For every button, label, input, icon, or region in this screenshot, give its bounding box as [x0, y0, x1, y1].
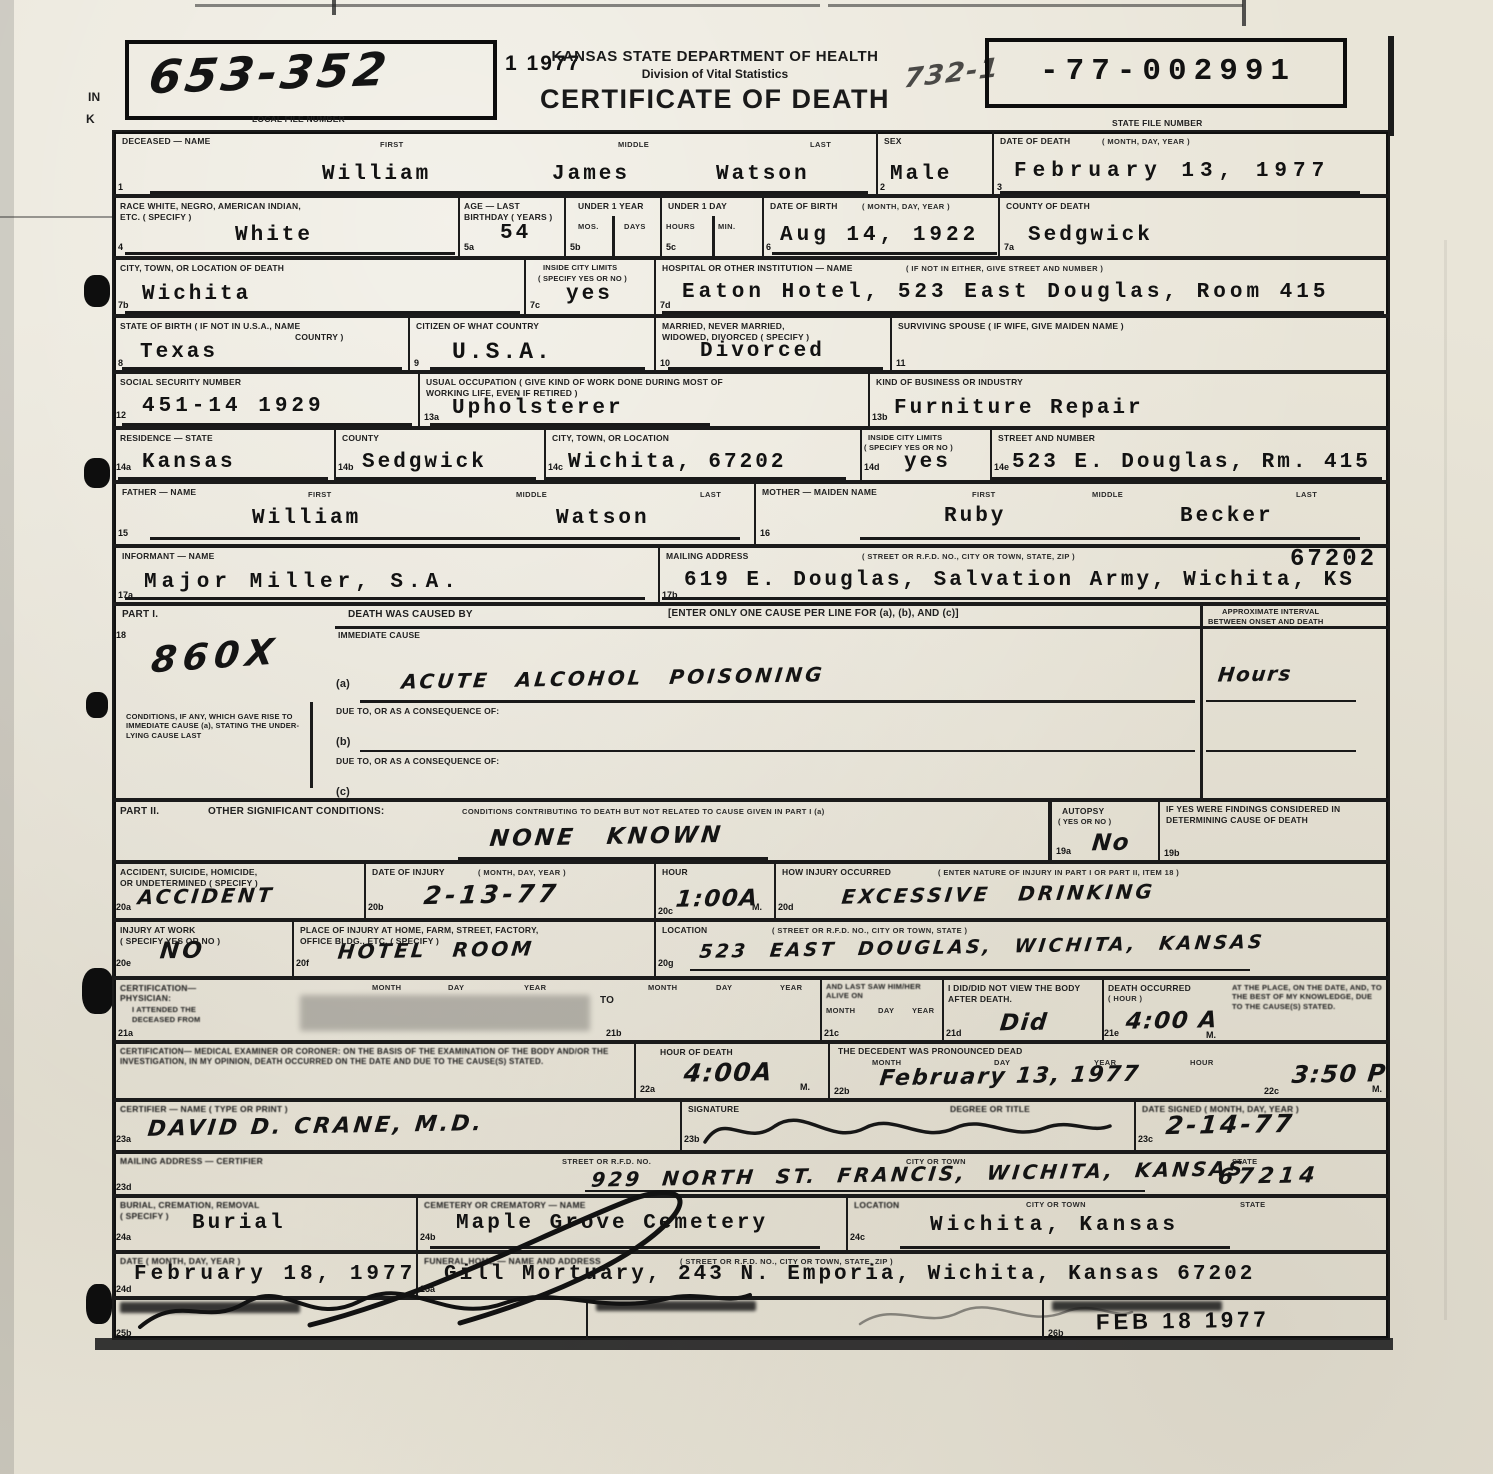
injury-location-label: LOCATION	[662, 925, 707, 936]
local-file-number: 653-352	[146, 42, 394, 104]
field-number: 15	[118, 528, 128, 538]
entry-underline	[458, 857, 768, 860]
field-number: 20c	[658, 906, 673, 916]
hour-of-injury-value: 1:00A	[675, 885, 760, 912]
city-sublabel: CITY OR TOWN	[1026, 1200, 1086, 1209]
residence-county-label: COUNTY	[342, 433, 379, 444]
industry-value: Furniture Repair	[894, 397, 1144, 420]
hour-sublabel: HOUR	[1190, 1058, 1214, 1067]
inside-city-limits-label: INSIDE CITY LIMITS	[543, 263, 617, 272]
field-number: 20b	[368, 902, 384, 912]
scan-tick-artifact	[1242, 0, 1246, 26]
death-certificate-scan: IN K 653-352 LOCAL FILE NUMBER 1 1977 KA…	[0, 0, 1493, 1474]
field-number: 22b	[834, 1086, 850, 1096]
first-sublabel: FIRST	[972, 490, 996, 499]
margin-mark: IN	[88, 90, 100, 105]
race-label: RACE WHITE, NEGRO, AMERICAN INDIAN,	[120, 201, 301, 212]
conditions-side-note: CONDITIONS, IF ANY, WHICH GAVE RISE TO I…	[126, 712, 304, 740]
month-sublabel: MONTH	[826, 1006, 856, 1015]
field-number: 7c	[530, 300, 540, 310]
certifier-name-label: CERTIFIER — NAME ( TYPE OR PRINT )	[120, 1104, 288, 1115]
entry-underline	[150, 537, 740, 540]
date-of-death-label: DATE OF DEATH	[1000, 136, 1070, 147]
division-name: Division of Vital Statistics	[520, 67, 910, 81]
certificate-title: CERTIFICATE OF DEATH	[520, 84, 910, 115]
autopsy-value: No	[1091, 830, 1132, 857]
field-number: 20d	[778, 902, 794, 912]
date-of-birth-label: DATE OF BIRTH	[770, 201, 838, 212]
mother-name-label: MOTHER — MAIDEN NAME	[762, 487, 877, 498]
occurred-note: AT THE PLACE, ON THE DATE, AND, TO THE B…	[1232, 983, 1384, 1011]
residence-street-value: 523 E. Douglas, Rm. 415	[1012, 451, 1371, 474]
residence-state-label: RESIDENCE — STATE	[120, 433, 213, 444]
sex-value: Male	[890, 163, 952, 186]
how-injury-sublabel: ( ENTER NATURE OF INJURY IN PART I OR PA…	[938, 868, 1179, 877]
registrar-signature-scribble	[850, 1292, 1140, 1336]
field-number: 5c	[666, 242, 676, 252]
entry-underline	[662, 597, 1386, 600]
entry-underline	[125, 252, 455, 255]
funeral-director-signature-scribble	[110, 1175, 790, 1345]
state-of-birth-value: Texas	[140, 341, 218, 364]
interval-line	[1206, 700, 1356, 702]
field-number: 23c	[1138, 1134, 1153, 1144]
field-number: 16	[760, 528, 770, 538]
father-first-name: William	[252, 507, 361, 530]
scan-blot	[82, 968, 114, 1014]
side-note-bracket	[310, 702, 313, 788]
scan-tick-artifact	[332, 0, 336, 15]
local-file-number-label: LOCAL FILE NUMBER	[252, 114, 345, 125]
interval-value: Hours	[1217, 661, 1294, 686]
field-number: 6	[766, 242, 771, 252]
immediate-cause-label: IMMEDIATE CAUSE	[338, 630, 420, 641]
year-sublabel: YEAR	[524, 983, 546, 992]
m-suffix: M.	[1372, 1084, 1382, 1094]
ssn-label: SOCIAL SECURITY NUMBER	[120, 377, 241, 388]
race-value: White	[235, 224, 313, 247]
line-b-prefix: (b)	[336, 736, 351, 750]
days-sublabel: DAYS	[624, 222, 646, 231]
informant-label: INFORMANT — NAME	[122, 551, 214, 562]
how-injury-label: HOW INJURY OCCURRED	[782, 867, 891, 878]
race-label2: ETC. ( SPECIFY )	[120, 212, 192, 223]
field-number: 11	[896, 358, 906, 368]
informant-value: Major Miller, S.A.	[144, 571, 461, 594]
entry-underline	[690, 969, 1250, 971]
under-1-day-label: UNDER 1 DAY	[668, 201, 727, 212]
deceased-middle-name: James	[552, 163, 630, 186]
hospital-value: Eaton Hotel, 523 East Douglas, Room 415	[682, 281, 1329, 304]
year-sublabel: YEAR	[780, 983, 802, 992]
hour-of-death-label: HOUR OF DEATH	[660, 1047, 733, 1058]
m-suffix: M.	[1206, 1030, 1216, 1040]
physician-label: PHYSICIAN:	[120, 993, 171, 1004]
viewed-body-label: I DID/DID NOT VIEW THE BODY AFTER DEATH.	[948, 983, 1098, 1004]
cell-divider	[612, 216, 615, 258]
paper-crease	[1444, 240, 1447, 1320]
field-number: 21a	[118, 1028, 133, 1038]
examiner-certification-text: CERTIFICATION— MEDICAL EXAMINER OR CORON…	[120, 1047, 620, 1067]
inside-city-limits-label2: ( SPECIFY YES OR NO )	[538, 274, 627, 283]
date-signed-value: 2-14-77	[1164, 1109, 1296, 1140]
hour-of-death-value: 4:00A	[682, 1057, 774, 1088]
attended-label2: DECEASED FROM	[132, 1015, 200, 1024]
enter-note-label: [ENTER ONLY ONE CAUSE PER LINE FOR (a), …	[668, 608, 959, 621]
disposition-location-label: LOCATION	[854, 1200, 899, 1211]
last-sublabel: LAST	[700, 490, 721, 499]
hours-sublabel: HOURS	[666, 222, 695, 231]
state-file-number: -77-002991	[1040, 54, 1296, 89]
state-file-number-label: STATE FILE NUMBER	[1112, 118, 1202, 129]
year-sublabel: YEAR	[912, 1006, 934, 1015]
day-sublabel: DAY	[878, 1006, 894, 1015]
field-number: 24c	[850, 1232, 865, 1242]
part1-label: PART I.	[122, 609, 158, 622]
field-number: 21b	[606, 1028, 622, 1038]
citizen-label: CITIZEN OF WHAT COUNTRY	[416, 321, 539, 332]
county-of-death-label: COUNTY OF DEATH	[1006, 201, 1090, 212]
part2-label: PART II.	[120, 806, 159, 819]
informant-address-label: MAILING ADDRESS	[666, 551, 749, 562]
field-number: 14b	[338, 462, 354, 472]
attended-label: I ATTENDED THE	[132, 1005, 196, 1014]
field-number: 21e	[1104, 1028, 1119, 1038]
field-number: 4	[118, 242, 123, 252]
injury-location-sublabel: ( STREET OR R.F.D. NO., CITY OR TOWN, ST…	[772, 926, 967, 935]
field-number: 22a	[640, 1084, 655, 1094]
header-title-block: KANSAS STATE DEPARTMENT OF HEALTH Divisi…	[520, 48, 910, 115]
cell-divider	[712, 216, 715, 258]
age-label: AGE — LAST	[464, 201, 520, 212]
field-number: 19a	[1056, 846, 1071, 856]
min-sublabel: MIN.	[718, 222, 735, 231]
last-saw-label: AND LAST SAW HIM/HER ALIVE ON	[826, 982, 938, 1001]
entry-underline	[772, 252, 997, 255]
date-of-death-sublabel: ( MONTH, DAY, YEAR )	[1102, 137, 1190, 146]
faint-stamp-smudge	[300, 995, 590, 1031]
mos-sublabel: MOS.	[578, 222, 599, 231]
residence-state-value: Kansas	[142, 451, 236, 474]
field-number: 18	[116, 630, 126, 640]
injury-at-work-label: INJURY AT WORK	[120, 925, 196, 936]
sex-label: SEX	[884, 136, 902, 147]
certifier-address-label: MAILING ADDRESS — CERTIFIER	[120, 1156, 263, 1167]
field-number: 9	[414, 358, 419, 368]
under-1-year-label: UNDER 1 YEAR	[578, 201, 644, 212]
autopsy-label: AUTOPSY	[1062, 806, 1104, 817]
county-of-death-value: Sedgwick	[1028, 224, 1153, 247]
field-number: 20f	[296, 958, 309, 968]
entry-underline	[992, 477, 1382, 480]
autopsy-findings-label: IF YES WERE FINDINGS CON­SIDERED IN DETE…	[1166, 804, 1382, 825]
middle-sublabel: MIDDLE	[516, 490, 547, 499]
part1-header-rule	[335, 626, 1200, 629]
residence-city-limits-value: yes	[904, 451, 951, 474]
m-suffix: M.	[752, 902, 762, 912]
city-sublabel: CITY OR TOWN	[906, 1157, 966, 1166]
entry-underline	[430, 423, 710, 426]
field-number: 7d	[660, 300, 671, 310]
entry-underline	[900, 1246, 1230, 1249]
field-number: 1	[118, 182, 123, 192]
scan-fold-line	[0, 216, 112, 218]
viewed-body-value: Did	[999, 1010, 1050, 1037]
field-number: 14a	[116, 462, 131, 472]
certifier-signature-scribble	[690, 1102, 1120, 1154]
date-of-birth-sublabel: ( MONTH, DAY, YEAR )	[862, 202, 950, 211]
entry-underline	[122, 423, 412, 426]
marital-status-label: MARRIED, NEVER MARRIED,	[662, 321, 785, 332]
mother-last-name: Becker	[1180, 505, 1274, 528]
field-number: 14d	[864, 462, 880, 472]
field-number: 5a	[464, 242, 474, 252]
entry-underline	[125, 311, 520, 314]
border-segment	[1388, 36, 1394, 136]
field-number: 21c	[824, 1028, 839, 1038]
deceased-first-name: William	[322, 163, 431, 186]
residence-city-value: Wichita, 67202	[568, 451, 786, 474]
entry-underline	[150, 191, 868, 194]
occupation-value: Upholsterer	[452, 397, 624, 420]
month-sublabel: MONTH	[648, 983, 678, 992]
other-conditions-value: None Known	[488, 822, 724, 852]
place-of-injury-value: Hotel Room	[337, 936, 536, 963]
date-of-birth-value: Aug 14, 1922	[780, 224, 979, 247]
day-sublabel: DAY	[716, 983, 732, 992]
informant-address-value: 619 E. Douglas, Salvation Army, Wichita,…	[684, 569, 1355, 592]
scan-edge-band	[0, 0, 14, 1474]
occupation-label: USUAL OCCUPATION ( GIVE KIND OF WORK DON…	[426, 377, 723, 388]
age-value: 54	[500, 222, 531, 245]
surviving-spouse-label: SURVIVING SPOUSE ( IF WIFE, GIVE MAIDEN …	[898, 321, 1124, 332]
place-of-injury-label: PLACE OF INJURY AT HOME, FARM, STREET, F…	[300, 925, 538, 936]
entry-underline	[668, 367, 883, 370]
hour-of-injury-label: HOUR	[662, 867, 688, 878]
death-occurred-sublabel: ( HOUR )	[1108, 994, 1142, 1003]
manner-label: ACCIDENT, SUICIDE, HOMICIDE,	[120, 867, 257, 878]
citizen-value: U.S.A.	[452, 339, 553, 365]
industry-label: KIND OF BUSINESS OR INDUSTRY	[876, 377, 1023, 388]
hospital-sublabel: ( IF NOT IN EITHER, GIVE STREET AND NUMB…	[906, 264, 1103, 273]
entry-underline	[118, 477, 328, 480]
entry-underline	[860, 537, 1360, 540]
part1-header-rule	[1200, 626, 1390, 629]
scan-blot	[86, 1284, 112, 1324]
pronounced-dead-label: THE DECEDENT WAS PRONOUNCED DEAD	[838, 1046, 1022, 1057]
date-of-death-value: February 13, 1977	[1014, 160, 1330, 183]
injury-at-work-value: No	[159, 938, 207, 965]
field-number: 7b	[118, 300, 129, 310]
field-number: 13a	[424, 412, 439, 422]
other-conditions-label: OTHER SIGNIFICANT CONDITIONS:	[208, 806, 384, 819]
last-sublabel: LAST	[1296, 490, 1317, 499]
residence-city-limits-label: INSIDE CITY LIMITS	[868, 433, 942, 442]
scan-blot	[84, 275, 110, 307]
hospital-label: HOSPITAL OR OTHER INSTITUTION — NAME	[662, 263, 853, 274]
entry-underline	[1000, 191, 1360, 194]
first-sublabel: FIRST	[308, 490, 332, 499]
line-a-prefix: (a)	[336, 678, 350, 692]
middle-sublabel: MIDDLE	[1092, 490, 1123, 499]
interval-label: APPROXIMATE INTERVAL	[1222, 607, 1319, 616]
field-number: 21d	[946, 1028, 962, 1038]
deceased-name-label: DECEASED — NAME	[122, 136, 210, 147]
interval-column-divider	[1200, 604, 1203, 800]
scan-blot	[84, 458, 110, 488]
line-c-prefix: (c)	[336, 786, 350, 800]
state-of-birth-label2: COUNTRY )	[295, 332, 344, 343]
due-to-label: DUE TO, OR AS A CONSEQUENCE OF:	[336, 756, 499, 767]
m-suffix: M.	[800, 1082, 810, 1092]
month-sublabel: MONTH	[372, 983, 402, 992]
certifier-zip-value: 67214	[1217, 1163, 1321, 1190]
field-number: 19b	[1164, 848, 1180, 858]
due-to-label: DUE TO, OR AS A CONSEQUENCE OF:	[336, 706, 499, 717]
scan-blot	[86, 692, 108, 718]
cause-line-b	[360, 750, 1195, 752]
manner-value: Accident	[137, 883, 276, 909]
date-of-injury-label: DATE OF INJURY	[372, 867, 445, 878]
residence-city-label: CITY, TOWN, OR LOCATION	[552, 433, 669, 444]
scan-line-artifact	[195, 4, 820, 7]
field-number: 20a	[116, 902, 131, 912]
to-label: TO	[600, 995, 614, 1008]
residence-street-label: STREET AND NUMBER	[998, 433, 1095, 444]
street-sublabel: STREET OR R.F.D. NO.	[562, 1157, 651, 1166]
death-occurred-label: DEATH OCCURRED	[1108, 983, 1191, 994]
inside-city-limits-value: yes	[566, 283, 613, 306]
interval-line	[1206, 750, 1356, 752]
deceased-last-name: Watson	[716, 163, 810, 186]
entry-underline	[122, 367, 402, 370]
date-of-injury-value: 2-13-77	[422, 879, 561, 910]
field-number: 5b	[570, 242, 581, 252]
ssn-value: 451-14 1929	[142, 395, 325, 418]
field-number: 13b	[872, 412, 888, 422]
autopsy-label2: ( YES OR NO )	[1058, 817, 1111, 826]
field-number: 22c	[1264, 1086, 1279, 1096]
cause-line-a	[360, 700, 1195, 703]
day-sublabel: DAY	[448, 983, 464, 992]
mother-first-name: Ruby	[944, 505, 1006, 528]
entry-underline	[125, 597, 645, 600]
father-last-name: Watson	[556, 507, 650, 530]
field-number: 23a	[116, 1134, 131, 1144]
father-name-label: FATHER — NAME	[122, 487, 196, 498]
state-sublabel: STATE	[1240, 1200, 1265, 1209]
informant-address-sublabel: ( STREET OR R.F.D. NO., CITY OR TOWN, ST…	[862, 552, 1075, 561]
middle-sublabel: MIDDLE	[618, 140, 649, 149]
margin-mark: K	[86, 112, 95, 127]
scan-line-artifact	[828, 4, 1243, 7]
first-sublabel: FIRST	[380, 140, 404, 149]
state-of-birth-label: STATE OF BIRTH ( IF NOT IN U.S.A., NAME	[120, 321, 300, 332]
field-number: 2	[880, 182, 885, 192]
field-number: 7a	[1004, 242, 1014, 252]
interval-label2: BETWEEN ONSET AND DEATH	[1208, 617, 1323, 626]
entry-underline	[430, 367, 645, 370]
disposition-location-value: Wichita, Kansas	[930, 1214, 1179, 1237]
marital-status-value: Divorced	[700, 340, 825, 363]
residence-county-value: Sedgwick	[362, 451, 487, 474]
field-number: 20g	[658, 958, 674, 968]
entry-underline	[336, 477, 536, 480]
caused-by-label: DEATH WAS CAUSED BY	[348, 609, 473, 622]
city-of-death-label: CITY, TOWN, OR LOCATION OF DEATH	[120, 263, 284, 274]
other-conditions-sublabel: CONDITIONS CONTRIBUTING TO DEATH BUT NOT…	[462, 807, 825, 816]
field-number: 12	[116, 410, 126, 420]
department-name: KANSAS STATE DEPARTMENT OF HEALTH	[520, 48, 910, 65]
entry-underline	[546, 477, 846, 480]
field-number: 14e	[994, 462, 1009, 472]
entry-underline	[662, 311, 1384, 314]
field-number: 14c	[548, 462, 563, 472]
field-number: 20e	[116, 958, 131, 968]
city-of-death-value: Wichita	[142, 283, 251, 306]
date-of-injury-sublabel: ( MONTH, DAY, YEAR )	[478, 868, 566, 877]
last-sublabel: LAST	[810, 140, 831, 149]
pronounced-date-value: February 13, 1977	[878, 1062, 1141, 1092]
